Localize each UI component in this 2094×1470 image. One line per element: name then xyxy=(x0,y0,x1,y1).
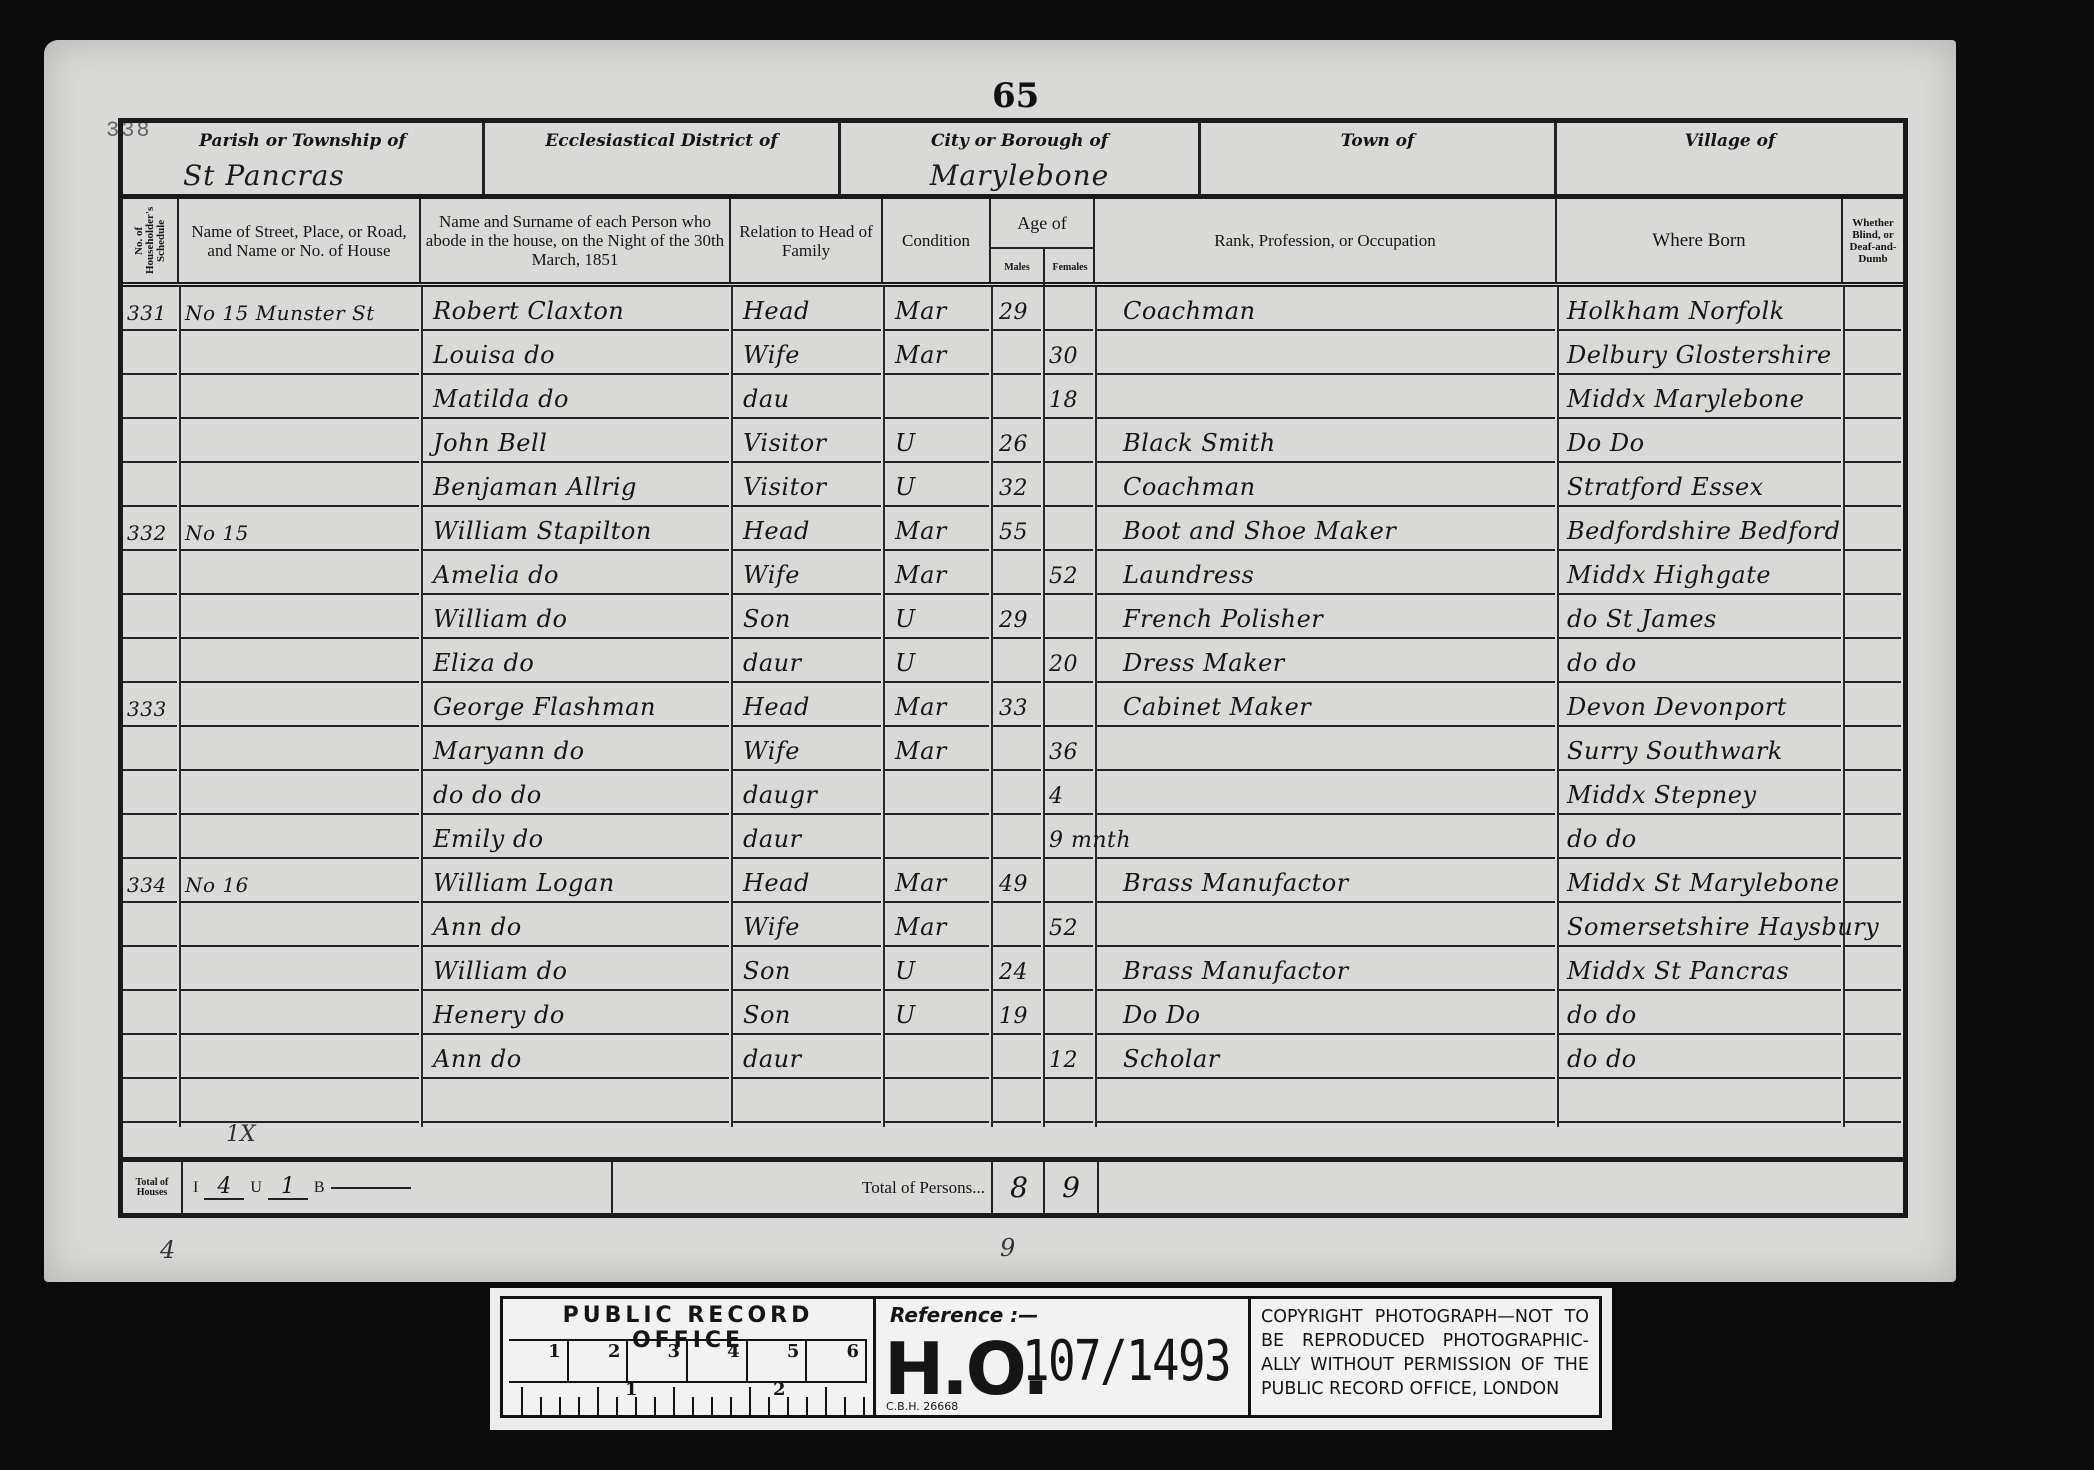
cell-age-f: 52 xyxy=(1049,916,1078,941)
header-age: Age of Males Females xyxy=(991,199,1095,282)
table-row: 332No 15William StapiltonHeadMar55Boot a… xyxy=(123,507,1903,551)
cell-age-f: 18 xyxy=(1049,388,1078,413)
cell-schedule: 333 xyxy=(127,697,167,721)
cell-condition: U xyxy=(895,429,916,457)
cell-name: Ann do xyxy=(433,913,522,941)
borough-label: City or Borough of xyxy=(841,131,1198,151)
cell-relation: dau xyxy=(743,385,790,413)
total-persons-label: Total of Persons... xyxy=(583,1162,985,1213)
cell-relation: Head xyxy=(743,517,810,545)
header-condition: Condition xyxy=(883,199,991,282)
cell-condition: U xyxy=(895,1001,916,1029)
cell-condition: Mar xyxy=(895,693,947,721)
table-row: Henery doSonU19Do Dodo do xyxy=(123,991,1903,1035)
ruler-mark: 4 xyxy=(688,1341,748,1381)
cell-born: do St James xyxy=(1567,605,1717,633)
cell-name: Robert Claxton xyxy=(433,297,624,325)
table-row: Ann doWifeMar52Somersetshire Haysbury xyxy=(123,903,1903,947)
cell-condition: Mar xyxy=(895,737,947,765)
cell-condition: Mar xyxy=(895,341,947,369)
ruler-tick xyxy=(730,1397,732,1417)
cell-occupation: Scholar xyxy=(1123,1045,1220,1073)
cell-relation: Wife xyxy=(743,737,800,765)
total-males: 8 xyxy=(991,1162,1045,1213)
ecclesiastical-district-cell: Ecclesiastical District of xyxy=(485,123,841,194)
borough-value: Marylebone xyxy=(841,159,1198,192)
header-females: Females xyxy=(1045,249,1095,285)
cell-born: Middx Marylebone xyxy=(1567,385,1804,413)
ruler-tick xyxy=(578,1397,580,1417)
cell-name: Matilda do xyxy=(433,385,569,413)
cell-relation: Visitor xyxy=(743,473,827,501)
cell-occupation: Do Do xyxy=(1123,1001,1201,1029)
inhabited-label: I xyxy=(193,1179,198,1197)
ruler-tick xyxy=(540,1397,542,1417)
margin-houses-note: 4 xyxy=(160,1236,175,1264)
cell-born: Stratford Essex xyxy=(1567,473,1764,501)
parish-label: Parish or Township of xyxy=(123,131,482,151)
cell-relation: Wife xyxy=(743,341,800,369)
cell-relation: Wife xyxy=(743,913,800,941)
ruler-tick xyxy=(692,1397,694,1417)
ruler-tick xyxy=(806,1397,808,1417)
cell-occupation: Dress Maker xyxy=(1123,649,1285,677)
cell-born: Bedfordshire Bedford xyxy=(1567,517,1841,545)
header-occupation: Rank, Profession, or Occupation xyxy=(1095,199,1557,282)
cell-condition: Mar xyxy=(895,913,947,941)
cell-condition: Mar xyxy=(895,517,947,545)
ruler-tick xyxy=(749,1387,751,1417)
folio-number: 65 xyxy=(992,76,1039,116)
census-form: Parish or Township of St Pancras Ecclesi… xyxy=(118,118,1908,1218)
reference-label: Reference :— xyxy=(890,1303,1038,1327)
cell-name: Eliza do xyxy=(433,649,534,677)
header-relation: Relation to Head of Family xyxy=(731,199,883,282)
census-entries: 331No 15 Munster StRobert ClaxtonHeadMar… xyxy=(123,287,1903,1127)
ruler-tick xyxy=(521,1387,523,1417)
cell-name: Louisa do xyxy=(433,341,555,369)
cell-born: do do xyxy=(1567,1001,1637,1029)
table-row: Amelia doWifeMar52LaundressMiddx Highgat… xyxy=(123,551,1903,595)
cell-born: do do xyxy=(1567,825,1637,853)
cell-born: Middx Stepney xyxy=(1567,781,1757,809)
cell-age-m: 19 xyxy=(999,1004,1028,1029)
ruler-tick xyxy=(654,1397,656,1417)
total-females: 9 xyxy=(1043,1162,1099,1213)
ecclesiastical-district-label: Ecclesiastical District of xyxy=(485,131,838,151)
table-row: 334No 16William LoganHeadMar49Brass Manu… xyxy=(123,859,1903,903)
ruler-mark: 3 xyxy=(628,1341,688,1381)
header-street: Name of Street, Place, or Road, and Name… xyxy=(179,199,421,282)
cell-age-m: 33 xyxy=(999,696,1028,721)
cell-occupation: French Polisher xyxy=(1123,605,1323,633)
cell-born: Devon Devonport xyxy=(1567,693,1787,721)
ruler-tick xyxy=(844,1397,846,1417)
ruler-mark: 2 xyxy=(569,1341,629,1381)
ruler-mark: 6 xyxy=(807,1341,867,1381)
ruler-mark: 5 xyxy=(748,1341,808,1381)
parish-value: St Pancras xyxy=(123,159,482,192)
ruler-tick xyxy=(825,1387,827,1417)
cell-occupation: Cabinet Maker xyxy=(1123,693,1311,721)
cell-street: No 15 Munster St xyxy=(185,301,375,325)
ruler-tick xyxy=(711,1397,713,1417)
town-label: Town of xyxy=(1201,131,1554,151)
cell-name: Amelia do xyxy=(433,561,559,589)
header-name: Name and Surname of each Person who abod… xyxy=(421,199,731,282)
inhabited-value: 4 xyxy=(204,1176,244,1200)
cell-condition: U xyxy=(895,649,916,677)
total-houses-label: Total of Houses xyxy=(123,1162,183,1213)
cell-born: Surry Southwark xyxy=(1567,737,1783,765)
cell-street: No 15 xyxy=(185,521,249,545)
cell-relation: daur xyxy=(743,825,802,853)
cell-occupation: Laundress xyxy=(1123,561,1254,589)
cell-name: Henery do xyxy=(433,1001,565,1029)
margin-males-note: 9 xyxy=(1000,1234,1015,1262)
place-header: Parish or Township of St Pancras Ecclesi… xyxy=(123,123,1903,199)
cell-born: Middx St Marylebone xyxy=(1567,869,1840,897)
cell-condition: Mar xyxy=(895,869,947,897)
ruler-inch: 1 2 xyxy=(509,1381,867,1417)
table-row: 331No 15 Munster StRobert ClaxtonHeadMar… xyxy=(123,287,1903,331)
cell-born: Middx St Pancras xyxy=(1567,957,1789,985)
table-row: Eliza dodaurU20Dress Makerdo do xyxy=(123,639,1903,683)
table-row: Matilda dodau18Middx Marylebone xyxy=(123,375,1903,419)
ruler-inch-mark: 2 xyxy=(773,1379,786,1400)
table-row xyxy=(123,1079,1903,1123)
cell-born: Holkham Norfolk xyxy=(1567,297,1785,325)
total-houses: I 4 U 1 B xyxy=(183,1162,613,1213)
pro-ruler-panel: PUBLIC RECORD OFFICE 1 2 3 4 5 6 1 2 xyxy=(503,1299,876,1415)
header-age-of: Age of xyxy=(991,199,1093,249)
cell-relation: Son xyxy=(743,957,791,985)
archive-reference-strip: PUBLIC RECORD OFFICE 1 2 3 4 5 6 1 2 Ref… xyxy=(490,1288,1612,1430)
cell-age-m: 29 xyxy=(999,300,1028,325)
cell-schedule: 332 xyxy=(127,521,167,545)
cell-relation: Head xyxy=(743,693,810,721)
reference-panel: Reference :— H.O. 107/1493 C.B.H. 26668 xyxy=(876,1299,1251,1415)
cell-occupation: Black Smith xyxy=(1123,429,1276,457)
cell-name: Ann do xyxy=(433,1045,522,1073)
cell-name: Benjaman Allrig xyxy=(433,473,637,501)
ruler-tick xyxy=(673,1387,675,1417)
reference-piece: 107/1493 xyxy=(1022,1329,1230,1394)
cell-relation: Visitor xyxy=(743,429,827,457)
header-where-born: Where Born xyxy=(1557,199,1843,282)
cell-relation: Wife xyxy=(743,561,800,589)
cell-occupation: Brass Manufactor xyxy=(1123,869,1349,897)
cell-condition: Mar xyxy=(895,561,947,589)
table-row: William doSonU29French Polisherdo St Jam… xyxy=(123,595,1903,639)
cell-born: Do Do xyxy=(1567,429,1645,457)
cell-age-m: 49 xyxy=(999,872,1028,897)
town-cell: Town of xyxy=(1201,123,1557,194)
cell-schedule: 331 xyxy=(127,301,167,325)
copyright-notice: COPYRIGHT PHOTOGRAPH—NOT TO BE REPRODUCE… xyxy=(1251,1299,1599,1415)
column-headers: No. of Householder's Schedule Name of St… xyxy=(123,199,1903,287)
cell-relation: daur xyxy=(743,1045,802,1073)
ruler-tick xyxy=(559,1397,561,1417)
cell-age-f: 4 xyxy=(1049,784,1064,809)
cell-name: Emily do xyxy=(433,825,544,853)
header-males: Males xyxy=(991,249,1045,285)
cell-occupation: Brass Manufactor xyxy=(1123,957,1349,985)
table-row: John BellVisitorU26Black SmithDo Do xyxy=(123,419,1903,463)
table-row: William doSonU24Brass ManufactorMiddx St… xyxy=(123,947,1903,991)
village-cell: Village of xyxy=(1557,123,1903,194)
cell-name: George Flashman xyxy=(433,693,656,721)
uninhabited-value: 1 xyxy=(268,1176,308,1200)
cell-name: William do xyxy=(433,605,567,633)
table-row: Maryann doWifeMar36Surry Southwark xyxy=(123,727,1903,771)
ruler-tick xyxy=(616,1397,618,1417)
cell-born: do do xyxy=(1567,1045,1637,1073)
cell-age-m: 29 xyxy=(999,608,1028,633)
cell-condition: U xyxy=(895,605,916,633)
cell-age-f: 12 xyxy=(1049,1048,1078,1073)
cell-age-f: 20 xyxy=(1049,652,1078,677)
cell-name: William do xyxy=(433,957,567,985)
table-row: Benjaman AllrigVisitorU32CoachmanStratfo… xyxy=(123,463,1903,507)
cell-relation: daur xyxy=(743,649,802,677)
ruler-cm: 1 2 3 4 5 6 xyxy=(509,1339,867,1383)
borough-cell: City or Borough of Marylebone xyxy=(841,123,1201,194)
cell-schedule: 334 xyxy=(127,873,167,897)
cell-age-f: 30 xyxy=(1049,344,1078,369)
cell-name: William Stapilton xyxy=(433,517,652,545)
cell-age-f: 52 xyxy=(1049,564,1078,589)
table-row: do do dodaugr4Middx Stepney xyxy=(123,771,1903,815)
cell-occupation: Coachman xyxy=(1123,297,1256,325)
cell-age-m: 24 xyxy=(999,960,1028,985)
cell-age-m: 26 xyxy=(999,432,1028,457)
cell-born: Somersetshire Haysbury xyxy=(1567,913,1879,941)
table-row: Ann dodaur12Scholardo do xyxy=(123,1035,1903,1079)
cell-name: John Bell xyxy=(433,429,547,457)
cell-relation: Head xyxy=(743,297,810,325)
table-row: Emily dodaur9 mnthdo do xyxy=(123,815,1903,859)
cell-age-m: 32 xyxy=(999,476,1028,501)
header-blind-deaf: Whether Blind, or Deaf-and-Dumb xyxy=(1843,199,1903,282)
cell-name: do do do xyxy=(433,781,542,809)
tally-mark: 1X xyxy=(226,1122,256,1147)
ruler-tick xyxy=(787,1397,789,1417)
cell-name: Maryann do xyxy=(433,737,585,765)
table-row: Louisa doWifeMar30Delbury Glostershire xyxy=(123,331,1903,375)
reference-code: C.B.H. 26668 xyxy=(886,1400,958,1413)
cell-occupation: Coachman xyxy=(1123,473,1256,501)
village-label: Village of xyxy=(1557,131,1903,151)
cell-relation: Son xyxy=(743,1001,791,1029)
cell-born: do do xyxy=(1567,649,1637,677)
cell-relation: Head xyxy=(743,869,810,897)
uninhabited-label: U xyxy=(250,1179,262,1197)
header-schedule-no: No. of Householder's Schedule xyxy=(123,199,179,282)
cell-born: Delbury Glostershire xyxy=(1567,341,1832,369)
table-row: 333George FlashmanHeadMar33Cabinet Maker… xyxy=(123,683,1903,727)
building-value xyxy=(331,1187,411,1189)
cell-age-m: 55 xyxy=(999,520,1028,545)
ruler-tick xyxy=(597,1387,599,1417)
cell-age-f: 36 xyxy=(1049,740,1078,765)
cell-condition: U xyxy=(895,957,916,985)
totals-row: Total of Houses I 4 U 1 B Total of Perso… xyxy=(123,1157,1903,1213)
cell-street: No 16 xyxy=(185,873,249,897)
ruler-tick xyxy=(863,1397,865,1417)
cell-occupation: Boot and Shoe Maker xyxy=(1123,517,1396,545)
cell-relation: Son xyxy=(743,605,791,633)
cell-condition: U xyxy=(895,473,916,501)
parish-cell: Parish or Township of St Pancras xyxy=(123,123,485,194)
ruler-tick xyxy=(635,1397,637,1417)
cell-condition: Mar xyxy=(895,297,947,325)
cell-relation: daugr xyxy=(743,781,817,809)
cell-age-f: 9 mnth xyxy=(1049,828,1131,853)
building-label: B xyxy=(314,1179,325,1197)
cell-born: Middx Highgate xyxy=(1567,561,1771,589)
ruler-tick xyxy=(768,1397,770,1417)
ruler-mark: 1 xyxy=(509,1341,569,1381)
cell-name: William Logan xyxy=(433,869,615,897)
